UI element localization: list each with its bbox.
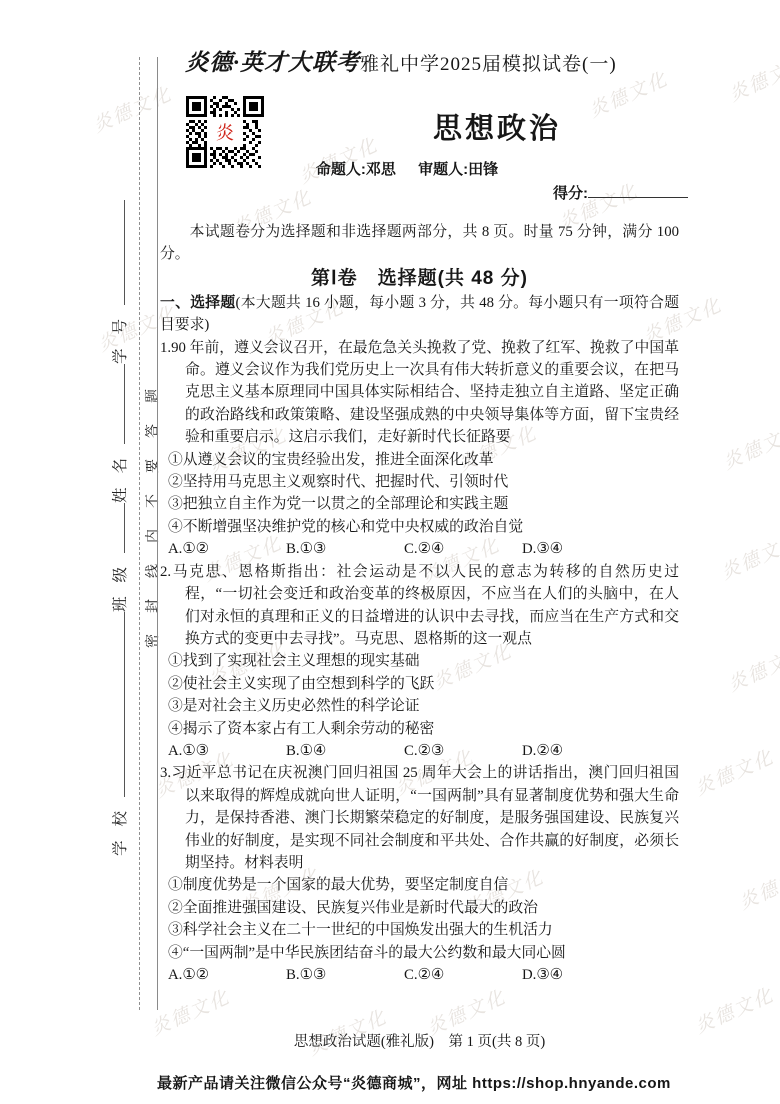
question-3: 3.习近平总书记在庆祝澳门回归祖国 25 周年大会上的讲话指出，澳门回归祖国以来… [160, 762, 679, 986]
setter-label: 命题人:邓思 [316, 161, 396, 178]
question-2-item-4: ④揭示了资本家占有工人剩余劳动的秘密 [160, 718, 679, 740]
question-3-item-3: ③科学社会主义在二十一世纪的中国焕发出强大的生机活力 [160, 919, 679, 941]
question-2-stem: 2.马克思、恩格斯指出：社会运动是不以人民的意志为转移的自然历史过程，“一切社会… [160, 561, 679, 651]
main-content: 本试题卷分为选择题和非选择题两部分，共 8 页。时量 75 分钟，满分 100 … [160, 221, 679, 986]
exam-page: 炎德文化炎德文化炎德文化炎德文化炎德文化炎德文化炎德文化炎德文化炎德文化炎德文化… [0, 0, 780, 1104]
choice-a: A.①② [168, 964, 286, 986]
watermark-text: 炎德文化 [690, 980, 778, 1039]
question-2-stem-text: 马克思、恩格斯指出：社会运动是不以人民的意志为转移的自然历史过程，“一切社会变迁… [171, 564, 679, 647]
watermark-text: 炎德文化 [716, 526, 780, 585]
section-instruction: 一、选择题(本大题共 16 小题，每小题 3 分，共 48 分。每小题只有一项符… [160, 292, 679, 337]
score-blank [588, 183, 688, 198]
question-1-item-4: ④不断增强坚决维护党的核心和党中央权威的政治自觉 [160, 516, 679, 538]
question-2-choices: A.①③ B.①④ C.②③ D.②④ [160, 740, 679, 762]
watermark-text: 炎德文化 [88, 79, 176, 138]
watermark-text: 炎德文化 [734, 856, 780, 915]
choice-c: C.②④ [404, 538, 522, 560]
field-school-label: 学校 [112, 797, 129, 856]
question-1-choices: A.①② B.①③ C.②④ D.③④ [160, 538, 679, 560]
question-1-item-3: ③把独立自主作为党一以贯之的全部理论和实践主题 [160, 493, 679, 515]
section-title: 第Ⅰ卷 选择题(共 48 分) [160, 266, 679, 292]
question-3-item-1: ①制度优势是一个国家的最大优势，要坚定制度自信 [160, 874, 679, 896]
seal-dashed-line [139, 57, 140, 1010]
page-footer: 思想政治试题(雅礼版) 第 1 页(共 8 页) [160, 1030, 679, 1051]
watermark-text: 炎德文化 [690, 742, 778, 801]
field-class-blank [111, 503, 125, 553]
question-2-item-3: ③是对社会主义历史必然性的科学论证 [160, 695, 679, 717]
exam-title: 雅礼中学2025届模拟试卷(一) [360, 54, 617, 75]
question-2-item-1: ①找到了实现社会主义理想的现实基础 [160, 650, 679, 672]
watermark-text: 炎德文化 [718, 416, 780, 475]
exam-series-title: 炎德·英才大联考雅礼中学2025届模拟试卷(一) [0, 44, 780, 77]
question-1-stem: 1.90 年前，遵义会议召开，在最危急关头挽救了党、挽救了红军、挽救了中国革命。… [160, 337, 679, 449]
subject-title: 思想政治 [433, 106, 561, 147]
choice-c: C.②④ [404, 964, 522, 986]
margin-solid-line [157, 57, 158, 1010]
question-3-item-2: ②全面推进强国建设、民族复兴伟业是新时代最大的政治 [160, 897, 679, 919]
watermark-text: 炎德文化 [723, 638, 780, 697]
student-info-fields: 学校班级姓名学号 [108, 196, 130, 856]
question-1-item-1: ①从遵义会议的宝贵经验出发，推进全面深化改革 [160, 449, 679, 471]
question-2-number: 2. [160, 564, 171, 580]
choice-b: B.①④ [286, 740, 404, 762]
series-brand: 炎德·英才大联考 [185, 50, 360, 75]
question-3-choices: A.①② B.①③ C.②④ D.③④ [160, 964, 679, 986]
field-name-blank [111, 364, 125, 444]
field-school-blank [111, 612, 125, 797]
question-2-item-2: ②使社会主义实现了由空想到科学的飞跃 [160, 673, 679, 695]
reviewer-label: 审题人:田锋 [418, 161, 498, 178]
question-3-stem-text: 习近平总书记在庆祝澳门回归祖国 25 周年大会上的讲话指出，澳门回归祖国以来取得… [171, 765, 679, 871]
choice-a: A.①③ [168, 740, 286, 762]
choice-d: D.②④ [522, 740, 563, 762]
instruction-lead: 一、选择题 [160, 295, 236, 311]
question-2: 2.马克思、恩格斯指出：社会运动是不以人民的意志为转移的自然历史过程，“一切社会… [160, 561, 679, 763]
score-label: 得分: [553, 185, 588, 202]
flame-logo: 炎 [216, 123, 235, 143]
question-3-stem: 3.习近平总书记在庆祝澳门回归祖国 25 周年大会上的讲话指出，澳门回归祖国以来… [160, 762, 679, 874]
choice-b: B.①③ [286, 538, 404, 560]
question-1: 1.90 年前，遵义会议召开，在最危急关头挽救了党、挽救了红军、挽救了中国革命。… [160, 337, 679, 561]
question-3-number: 3. [160, 765, 171, 781]
choice-a: A.①② [168, 538, 286, 560]
promo-banner: 最新产品请关注微信公众号“炎德商城”，网址 https://shop.hnyan… [157, 1072, 671, 1093]
question-3-item-4: ④“一国两制”是中华民族团结奋斗的最大公约数和最大同心圆 [160, 942, 679, 964]
exam-intro: 本试题卷分为选择题和非选择题两部分，共 8 页。时量 75 分钟，满分 100 … [160, 221, 679, 266]
field-studentid-blank [111, 200, 125, 305]
seal-line-text: 密封线内不要答题 [142, 348, 162, 648]
field-studentid-label: 学号 [112, 305, 129, 364]
choice-c: C.②③ [404, 740, 522, 762]
question-1-number: 1. [160, 340, 171, 356]
choice-b: B.①③ [286, 964, 404, 986]
score-row: 得分: [553, 182, 688, 203]
field-class-label: 班级 [112, 553, 129, 612]
question-1-stem-text: 90 年前，遵义会议召开，在最危急关头挽救了党、挽救了红军、挽救了中国革命。遵义… [171, 340, 679, 446]
field-name-label: 姓名 [112, 444, 129, 503]
choice-d: D.③④ [522, 964, 563, 986]
question-1-item-2: ②坚持用马克思主义观察时代、把握时代、引领时代 [160, 471, 679, 493]
choice-d: D.③④ [522, 538, 563, 560]
instruction-rest: (本大题共 16 小题，每小题 3 分，共 48 分。每小题只有一项符合题目要求… [160, 295, 679, 333]
setter-reviewer-row: 命题人:邓思 审题人:田锋 [0, 158, 780, 179]
